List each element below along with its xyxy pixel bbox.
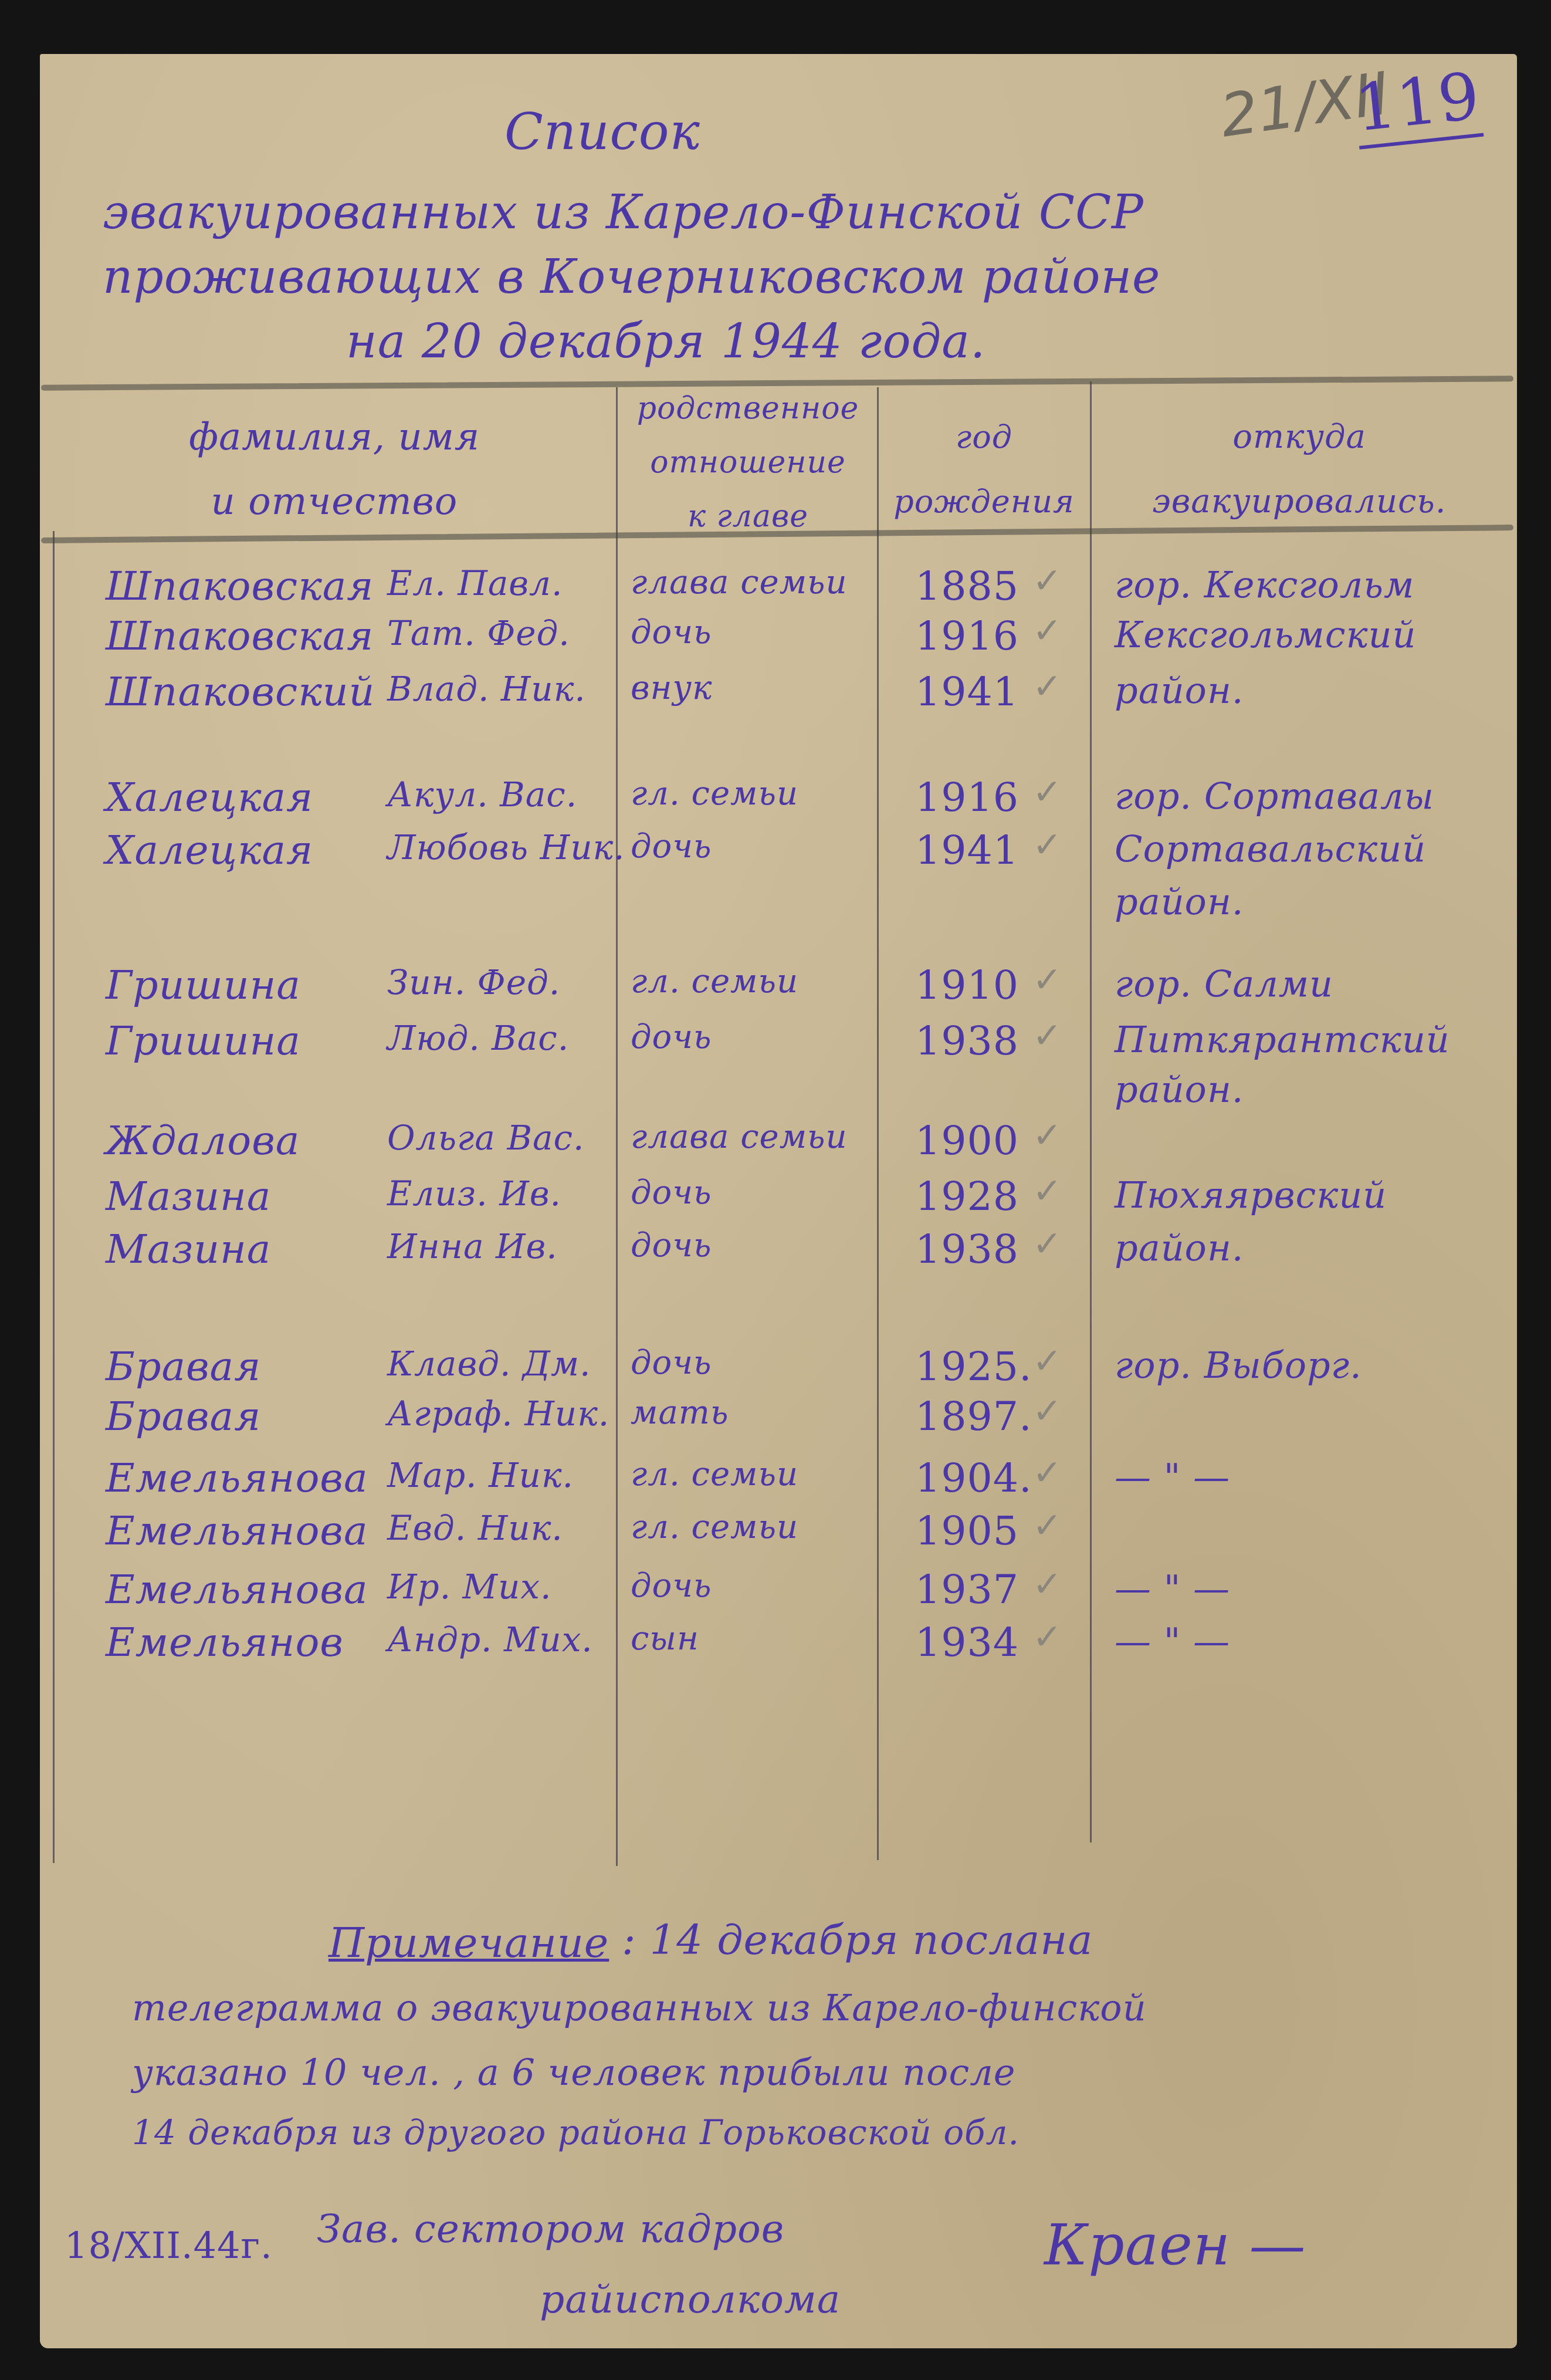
row-relation: глава семьи — [631, 1118, 848, 1156]
column-header-relation-line2: отношение — [622, 435, 874, 489]
row-origin: район. — [1115, 880, 1244, 923]
row-relation: дочь — [631, 1567, 712, 1605]
row-year: 1916 — [915, 775, 1019, 821]
row-initials: Зин. Фед. — [387, 962, 560, 1002]
row-check-mark-icon: ✓ — [1032, 1341, 1062, 1382]
table-left-border — [53, 531, 55, 1863]
row-origin: Кексгольмский — [1115, 613, 1416, 656]
row-relation: гл. семьи — [631, 1455, 798, 1493]
row-year: 1928 — [915, 1174, 1019, 1220]
row-check-mark-icon: ✓ — [1032, 610, 1062, 651]
row-check-mark-icon: ✓ — [1032, 1505, 1062, 1546]
row-check-mark-icon: ✓ — [1032, 1223, 1062, 1265]
row-origin: район. — [1115, 669, 1244, 712]
row-surname: Емельянов — [106, 1620, 344, 1666]
row-surname: Мазина — [106, 1174, 271, 1220]
note-line-2: телеграмма о эвакуированных из Карело-фи… — [132, 1986, 1147, 2029]
row-check-mark-icon: ✓ — [1032, 560, 1062, 601]
row-surname: Бравая — [106, 1344, 261, 1390]
row-relation: дочь — [631, 1344, 712, 1382]
footer-date: 18/XII.44г. — [65, 2224, 273, 2267]
note-line-4: 14 декабря из другого района Горьковской… — [132, 2112, 1020, 2152]
footer-position-line-1: Зав. сектором кадров — [317, 2206, 784, 2251]
column-header-origin: откуда эвакуировались. — [1094, 405, 1505, 534]
row-year: 1916 — [915, 613, 1019, 660]
column-divider-2 — [877, 387, 879, 1860]
column-header-relation-line3: к главе — [622, 489, 874, 543]
row-year: 1938 — [915, 1018, 1019, 1064]
row-origin: Питкярантский — [1115, 1018, 1450, 1061]
note-label: Примечание — [329, 1919, 609, 1967]
row-initials: Любовь Ник. — [387, 827, 625, 867]
row-origin: гор. Сортавалы — [1115, 775, 1434, 817]
row-surname: Шпаковская — [106, 613, 374, 660]
row-initials: Ел. Павл. — [387, 563, 563, 603]
row-relation: глава семьи — [631, 563, 848, 601]
row-surname: Емельянова — [106, 1567, 368, 1613]
row-surname: Халецкая — [106, 775, 313, 821]
column-divider-3 — [1090, 381, 1092, 1843]
row-year: 1900 — [915, 1118, 1019, 1164]
row-relation: гл. семьи — [631, 962, 798, 1000]
row-check-mark-icon: ✓ — [1032, 1115, 1062, 1156]
row-initials: Мар. Ник. — [387, 1455, 574, 1495]
signature: Краен — — [1044, 2212, 1306, 2278]
row-relation: дочь — [631, 1018, 712, 1056]
row-origin: район. — [1115, 1068, 1244, 1111]
row-relation: дочь — [631, 1174, 712, 1212]
row-surname: Шпаковская — [106, 563, 374, 610]
row-initials: Инна Ив. — [387, 1226, 558, 1266]
row-origin: — " — — [1115, 1620, 1230, 1662]
footer-position-line-2: райисполкома — [540, 2277, 841, 2322]
column-header-name-line1: фамилия, имя — [65, 405, 604, 469]
row-year: 1910 — [915, 962, 1019, 1009]
row-origin: гор. Выборг. — [1115, 1344, 1362, 1387]
title-line-3: проживающих в Кочерниковском районе — [103, 249, 1160, 304]
row-check-mark-icon: ✓ — [1032, 772, 1062, 813]
title-line-4: на 20 декабря 1944 года. — [346, 314, 986, 369]
column-header-year-line2: рождения — [880, 469, 1088, 534]
row-year: 1904. — [915, 1455, 1032, 1502]
row-check-mark-icon: ✓ — [1032, 1564, 1062, 1605]
row-surname: Халецкая — [106, 827, 313, 874]
column-header-name-line2: и отчество — [65, 469, 604, 534]
row-relation: дочь — [631, 827, 712, 866]
row-surname: Гришина — [106, 962, 301, 1009]
row-initials: Тат. Фед. — [387, 613, 570, 653]
archive-sheet-number: 119 — [1352, 58, 1484, 150]
row-origin: гор. Салми — [1115, 962, 1333, 1005]
row-relation: дочь — [631, 1226, 712, 1265]
column-header-name: фамилия, имя и отчество — [65, 405, 604, 534]
row-origin: гор. Кексгольм — [1115, 563, 1414, 606]
row-year: 1905 — [915, 1508, 1019, 1554]
row-check-mark-icon: ✓ — [1032, 824, 1062, 866]
row-year: 1925. — [915, 1344, 1032, 1390]
row-relation: сын — [631, 1620, 699, 1658]
row-surname: Ждалова — [106, 1118, 300, 1164]
column-header-year-line1: год — [880, 405, 1088, 469]
row-check-mark-icon: ✓ — [1032, 666, 1062, 707]
column-header-relation: родственное отношение к главе — [622, 381, 874, 543]
row-check-mark-icon: ✓ — [1032, 1617, 1062, 1658]
row-initials: Клавд. Дм. — [387, 1344, 591, 1384]
column-divider-1 — [616, 387, 618, 1866]
row-surname: Шпаковский — [106, 669, 375, 715]
row-surname: Мазина — [106, 1226, 271, 1273]
row-check-mark-icon: ✓ — [1032, 1015, 1062, 1056]
note-line-1: : 14 декабря послана — [622, 1916, 1093, 1964]
row-year: 1937 — [915, 1567, 1019, 1613]
row-year: 1938 — [915, 1226, 1019, 1273]
row-initials: Ир. Мих. — [387, 1567, 551, 1607]
row-surname: Бравая — [106, 1394, 261, 1440]
row-origin: — " — — [1115, 1455, 1230, 1498]
title-line-1: Список — [504, 103, 700, 161]
row-relation: гл. семьи — [631, 1508, 798, 1546]
row-check-mark-icon: ✓ — [1032, 1452, 1062, 1493]
row-check-mark-icon: ✓ — [1032, 959, 1062, 1000]
title-line-2: эвакуированных из Карело-Финской ССР — [103, 185, 1144, 239]
row-check-mark-icon: ✓ — [1032, 1171, 1062, 1212]
row-year: 1885 — [915, 563, 1019, 610]
row-origin: — " — — [1115, 1567, 1230, 1610]
column-header-origin-line1: откуда — [1094, 405, 1505, 469]
row-check-mark-icon: ✓ — [1032, 1391, 1062, 1432]
row-origin: район. — [1115, 1226, 1244, 1269]
row-surname: Емельянова — [106, 1508, 368, 1554]
row-initials: Люд. Вас. — [387, 1018, 569, 1058]
column-header-year: год рождения — [880, 405, 1088, 534]
row-relation: внук — [631, 669, 712, 707]
row-initials: Ольга Вас. — [387, 1118, 585, 1158]
row-surname: Гришина — [106, 1018, 301, 1064]
row-initials: Евд. Ник. — [387, 1508, 563, 1548]
row-initials: Елиз. Ив. — [387, 1174, 561, 1213]
row-year: 1934 — [915, 1620, 1019, 1666]
row-origin: Пюхяярвский — [1115, 1174, 1387, 1216]
row-initials: Андр. Мих. — [387, 1620, 593, 1659]
row-relation: гл. семьи — [631, 775, 798, 813]
row-year: 1941 — [915, 669, 1019, 715]
row-initials: Аграф. Ник. — [387, 1394, 609, 1434]
note-line-3: указано 10 чел. , а 6 человек прибыли по… — [132, 2051, 1015, 2094]
row-surname: Емельянова — [106, 1455, 368, 1502]
row-initials: Акул. Вас. — [387, 775, 577, 814]
row-year: 1897. — [915, 1394, 1032, 1440]
column-header-relation-line1: родственное — [622, 381, 874, 435]
row-origin: Сортавальский — [1115, 827, 1426, 870]
row-initials: Влад. Ник. — [387, 669, 586, 709]
column-header-origin-line2: эвакуировались. — [1094, 469, 1505, 534]
row-year: 1941 — [915, 827, 1019, 874]
row-relation: дочь — [631, 613, 712, 651]
row-relation: мать — [631, 1394, 729, 1432]
